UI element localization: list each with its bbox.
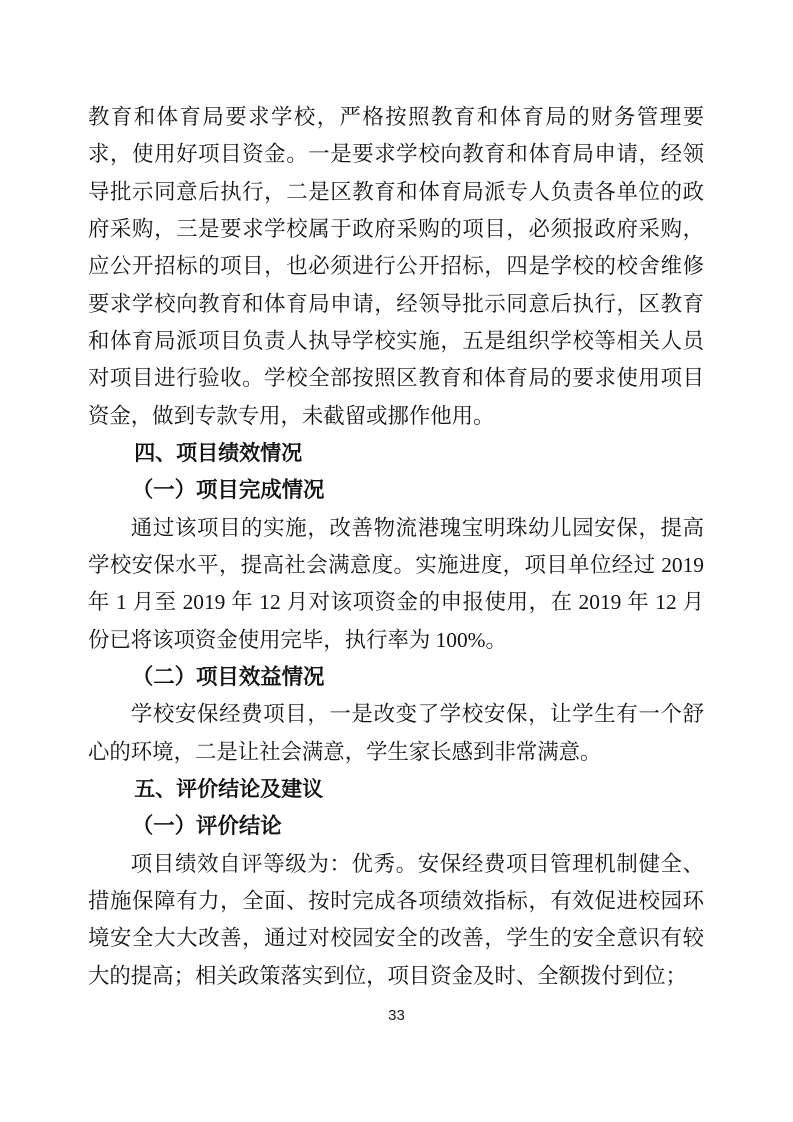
section-heading: 四、项目绩效情况 bbox=[88, 435, 704, 472]
document-body: 教育和体育局要求学校，严格按照教育和体育局的财务管理要求，使用好项目资金。一是要… bbox=[88, 99, 704, 995]
text-line: 和体育局派项目负责人执导学校实施，五是组织学校等相关人员 bbox=[88, 323, 704, 360]
text-line: 学校安保水平，提高社会满意度。实施进度，项目单位经过 2019 bbox=[88, 547, 704, 584]
paragraph: 项目绩效自评等级为：优秀。安保经费项目管理机制健全、措施保障有力，全面、按时完成… bbox=[88, 846, 704, 995]
section-heading: 五、评价结论及建议 bbox=[88, 771, 704, 808]
text-line: 府采购，三是要求学校属于政府采购的项目，必须报政府采购， bbox=[88, 211, 704, 248]
text-line: 导批示同意后执行，二是区教育和体育局派专人负责各单位的政 bbox=[88, 174, 704, 211]
subsection-heading: （一）评价结论 bbox=[88, 808, 704, 845]
text-line: 对项目进行验收。学校全部按照区教育和体育局的要求使用项目 bbox=[88, 360, 704, 397]
text-line: 应公开招标的项目，也必须进行公开招标，四是学校的校舍维修 bbox=[88, 248, 704, 285]
text-line: 境安全大大改善，通过对校园安全的改善，学生的安全意识有较 bbox=[88, 920, 704, 957]
text-line: 措施保障有力，全面、按时完成各项绩效指标，有效促进校园环 bbox=[88, 883, 704, 920]
text-line: （一）项目完成情况 bbox=[88, 472, 704, 509]
text-line: 学校安保经费项目，一是改变了学校安保，让学生有一个舒 bbox=[88, 696, 704, 733]
text-line: 四、项目绩效情况 bbox=[88, 435, 704, 472]
paragraph: 学校安保经费项目，一是改变了学校安保，让学生有一个舒心的环境，二是让社会满意，学… bbox=[88, 696, 704, 771]
text-line: 年 1 月至 2019 年 12 月对该项资金的申报使用，在 2019 年 12… bbox=[88, 584, 704, 621]
text-line: 求，使用好项目资金。一是要求学校向教育和体育局申请，经领 bbox=[88, 136, 704, 173]
paragraph: 通过该项目的实施，改善物流港瑰宝明珠幼儿园安保，提高学校安保水平，提高社会满意度… bbox=[88, 510, 704, 659]
paragraph: 教育和体育局要求学校，严格按照教育和体育局的财务管理要求，使用好项目资金。一是要… bbox=[88, 99, 704, 435]
text-line: 项目绩效自评等级为：优秀。安保经费项目管理机制健全、 bbox=[88, 846, 704, 883]
text-line: 五、评价结论及建议 bbox=[88, 771, 704, 808]
subsection-heading: （二）项目效益情况 bbox=[88, 659, 704, 696]
text-line: 通过该项目的实施，改善物流港瑰宝明珠幼儿园安保，提高 bbox=[88, 510, 704, 547]
text-line: （二）项目效益情况 bbox=[88, 659, 704, 696]
text-line: 要求学校向教育和体育局申请，经领导批示同意后执行，区教育 bbox=[88, 286, 704, 323]
text-line: 大的提高；相关政策落实到位，项目资金及时、全额拨付到位； bbox=[88, 958, 704, 995]
document-page: 教育和体育局要求学校，严格按照教育和体育局的财务管理要求，使用好项目资金。一是要… bbox=[0, 0, 793, 1122]
subsection-heading: （一）项目完成情况 bbox=[88, 472, 704, 509]
text-line: 教育和体育局要求学校，严格按照教育和体育局的财务管理要 bbox=[88, 99, 704, 136]
text-line: （一）评价结论 bbox=[88, 808, 704, 845]
text-line: 资金，做到专款专用，未截留或挪作他用。 bbox=[88, 398, 704, 435]
text-line: 心的环境，二是让社会满意，学生家长感到非常满意。 bbox=[88, 734, 704, 771]
page-number: 33 bbox=[0, 1007, 793, 1024]
text-line: 份已将该项资金使用完毕，执行率为 100%。 bbox=[88, 622, 704, 659]
